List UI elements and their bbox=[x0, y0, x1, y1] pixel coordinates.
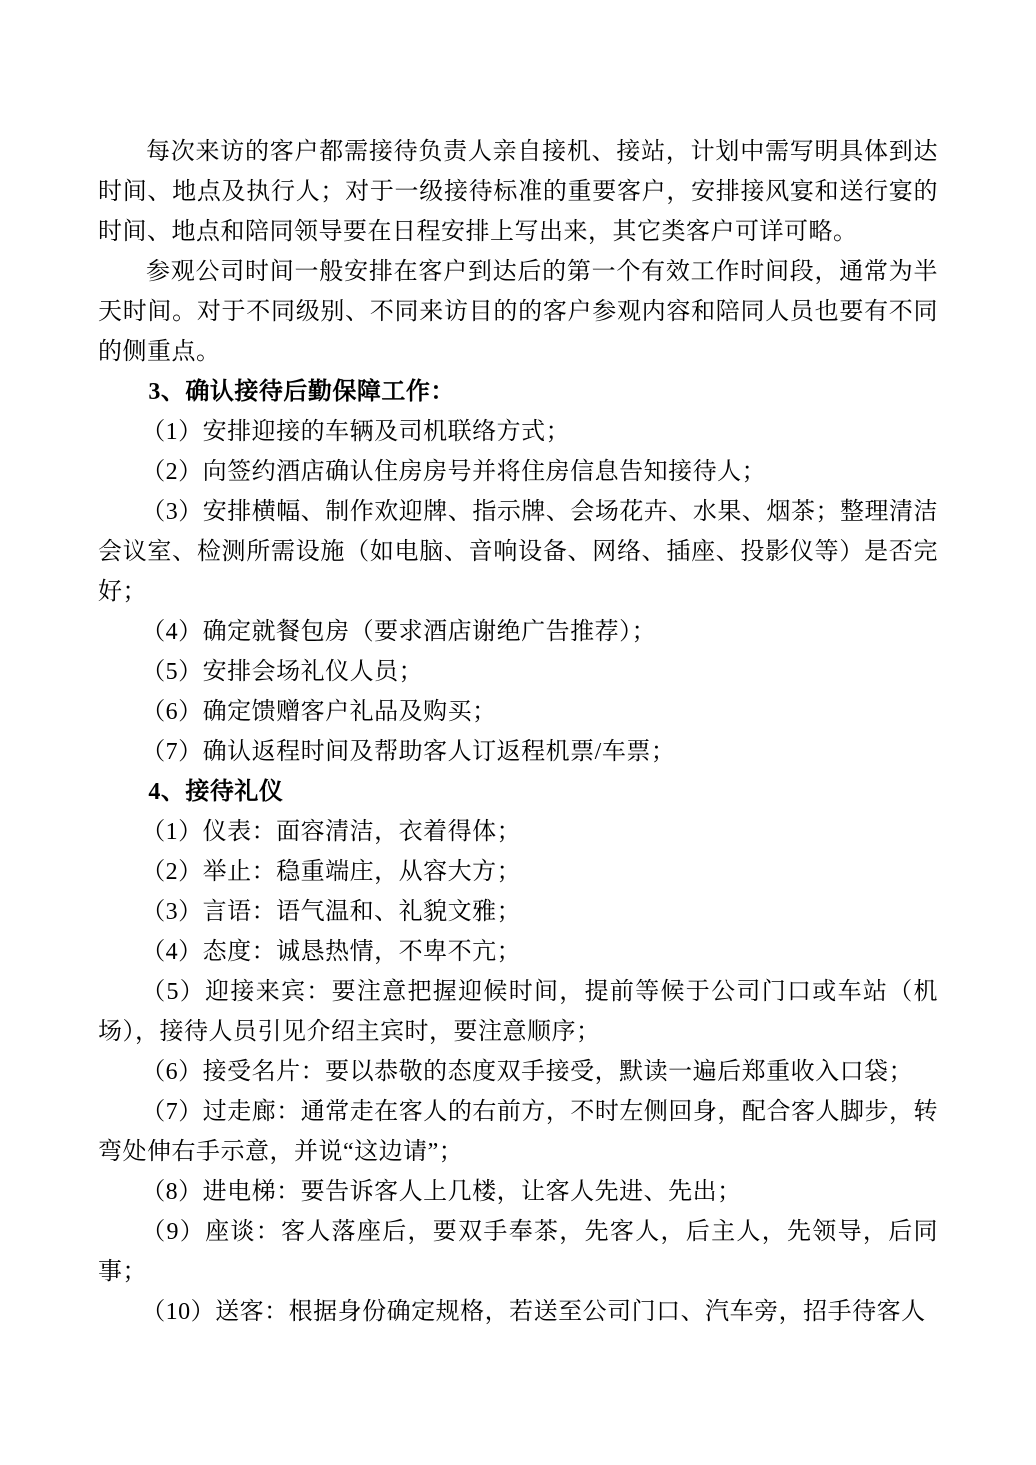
list-item: （4）确定就餐包房（要求酒店谢绝广告推荐）； bbox=[98, 612, 938, 652]
list-item: （7）确认返程时间及帮助客人订返程机票/车票； bbox=[98, 732, 938, 772]
list-item: （2）举止：稳重端庄，从容大方； bbox=[98, 852, 938, 892]
list-item: （6）接受名片：要以恭敬的态度双手接受，默读一遍后郑重收入口袋； bbox=[98, 1052, 938, 1092]
document-page: 每次来访的客户都需接待负责人亲自接机、接站，计划中需写明具体到达时间、地点及执行… bbox=[0, 0, 1036, 1465]
paragraph-body: 每次来访的客户都需接待负责人亲自接机、接站，计划中需写明具体到达时间、地点及执行… bbox=[98, 132, 938, 252]
paragraph-body: 参观公司时间一般安排在客户到达后的第一个有效工作时间段，通常为半天时间。对于不同… bbox=[98, 252, 938, 372]
list-item: （6）确定馈赠客户礼品及购买； bbox=[98, 692, 938, 732]
list-item: （9）座谈：客人落座后，要双手奉茶，先客人，后主人，先领导，后同事； bbox=[98, 1212, 938, 1292]
document-content: 每次来访的客户都需接待负责人亲自接机、接站，计划中需写明具体到达时间、地点及执行… bbox=[98, 132, 938, 1332]
list-item: （5）安排会场礼仪人员； bbox=[98, 652, 938, 692]
list-item: （7）过走廊：通常走在客人的右前方，不时左侧回身，配合客人脚步，转弯处伸右手示意… bbox=[98, 1092, 938, 1172]
list-item: （5）迎接来宾：要注意把握迎候时间，提前等候于公司门口或车站（机场），接待人员引… bbox=[98, 972, 938, 1052]
list-item: （8）进电梯：要告诉客人上几楼，让客人先进、先出； bbox=[98, 1172, 938, 1212]
list-item: （10）送客：根据身份确定规格，若送至公司门口、汽车旁，招手待客人 bbox=[98, 1292, 938, 1332]
list-item: （4）态度：诚恳热情，不卑不亢； bbox=[98, 932, 938, 972]
list-item: （2）向签约酒店确认住房房号并将住房信息告知接待人； bbox=[98, 452, 938, 492]
list-item: （3）安排横幅、制作欢迎牌、指示牌、会场花卉、水果、烟茶；整理清洁会议室、检测所… bbox=[98, 492, 938, 612]
list-item: （1）安排迎接的车辆及司机联络方式； bbox=[98, 412, 938, 452]
list-item: （1）仪表：面容清洁，衣着得体； bbox=[98, 812, 938, 852]
section-heading-3: 3、确认接待后勤保障工作： bbox=[98, 372, 938, 412]
section-heading-4: 4、接待礼仪 bbox=[98, 772, 938, 812]
list-item: （3）言语：语气温和、礼貌文雅； bbox=[98, 892, 938, 932]
